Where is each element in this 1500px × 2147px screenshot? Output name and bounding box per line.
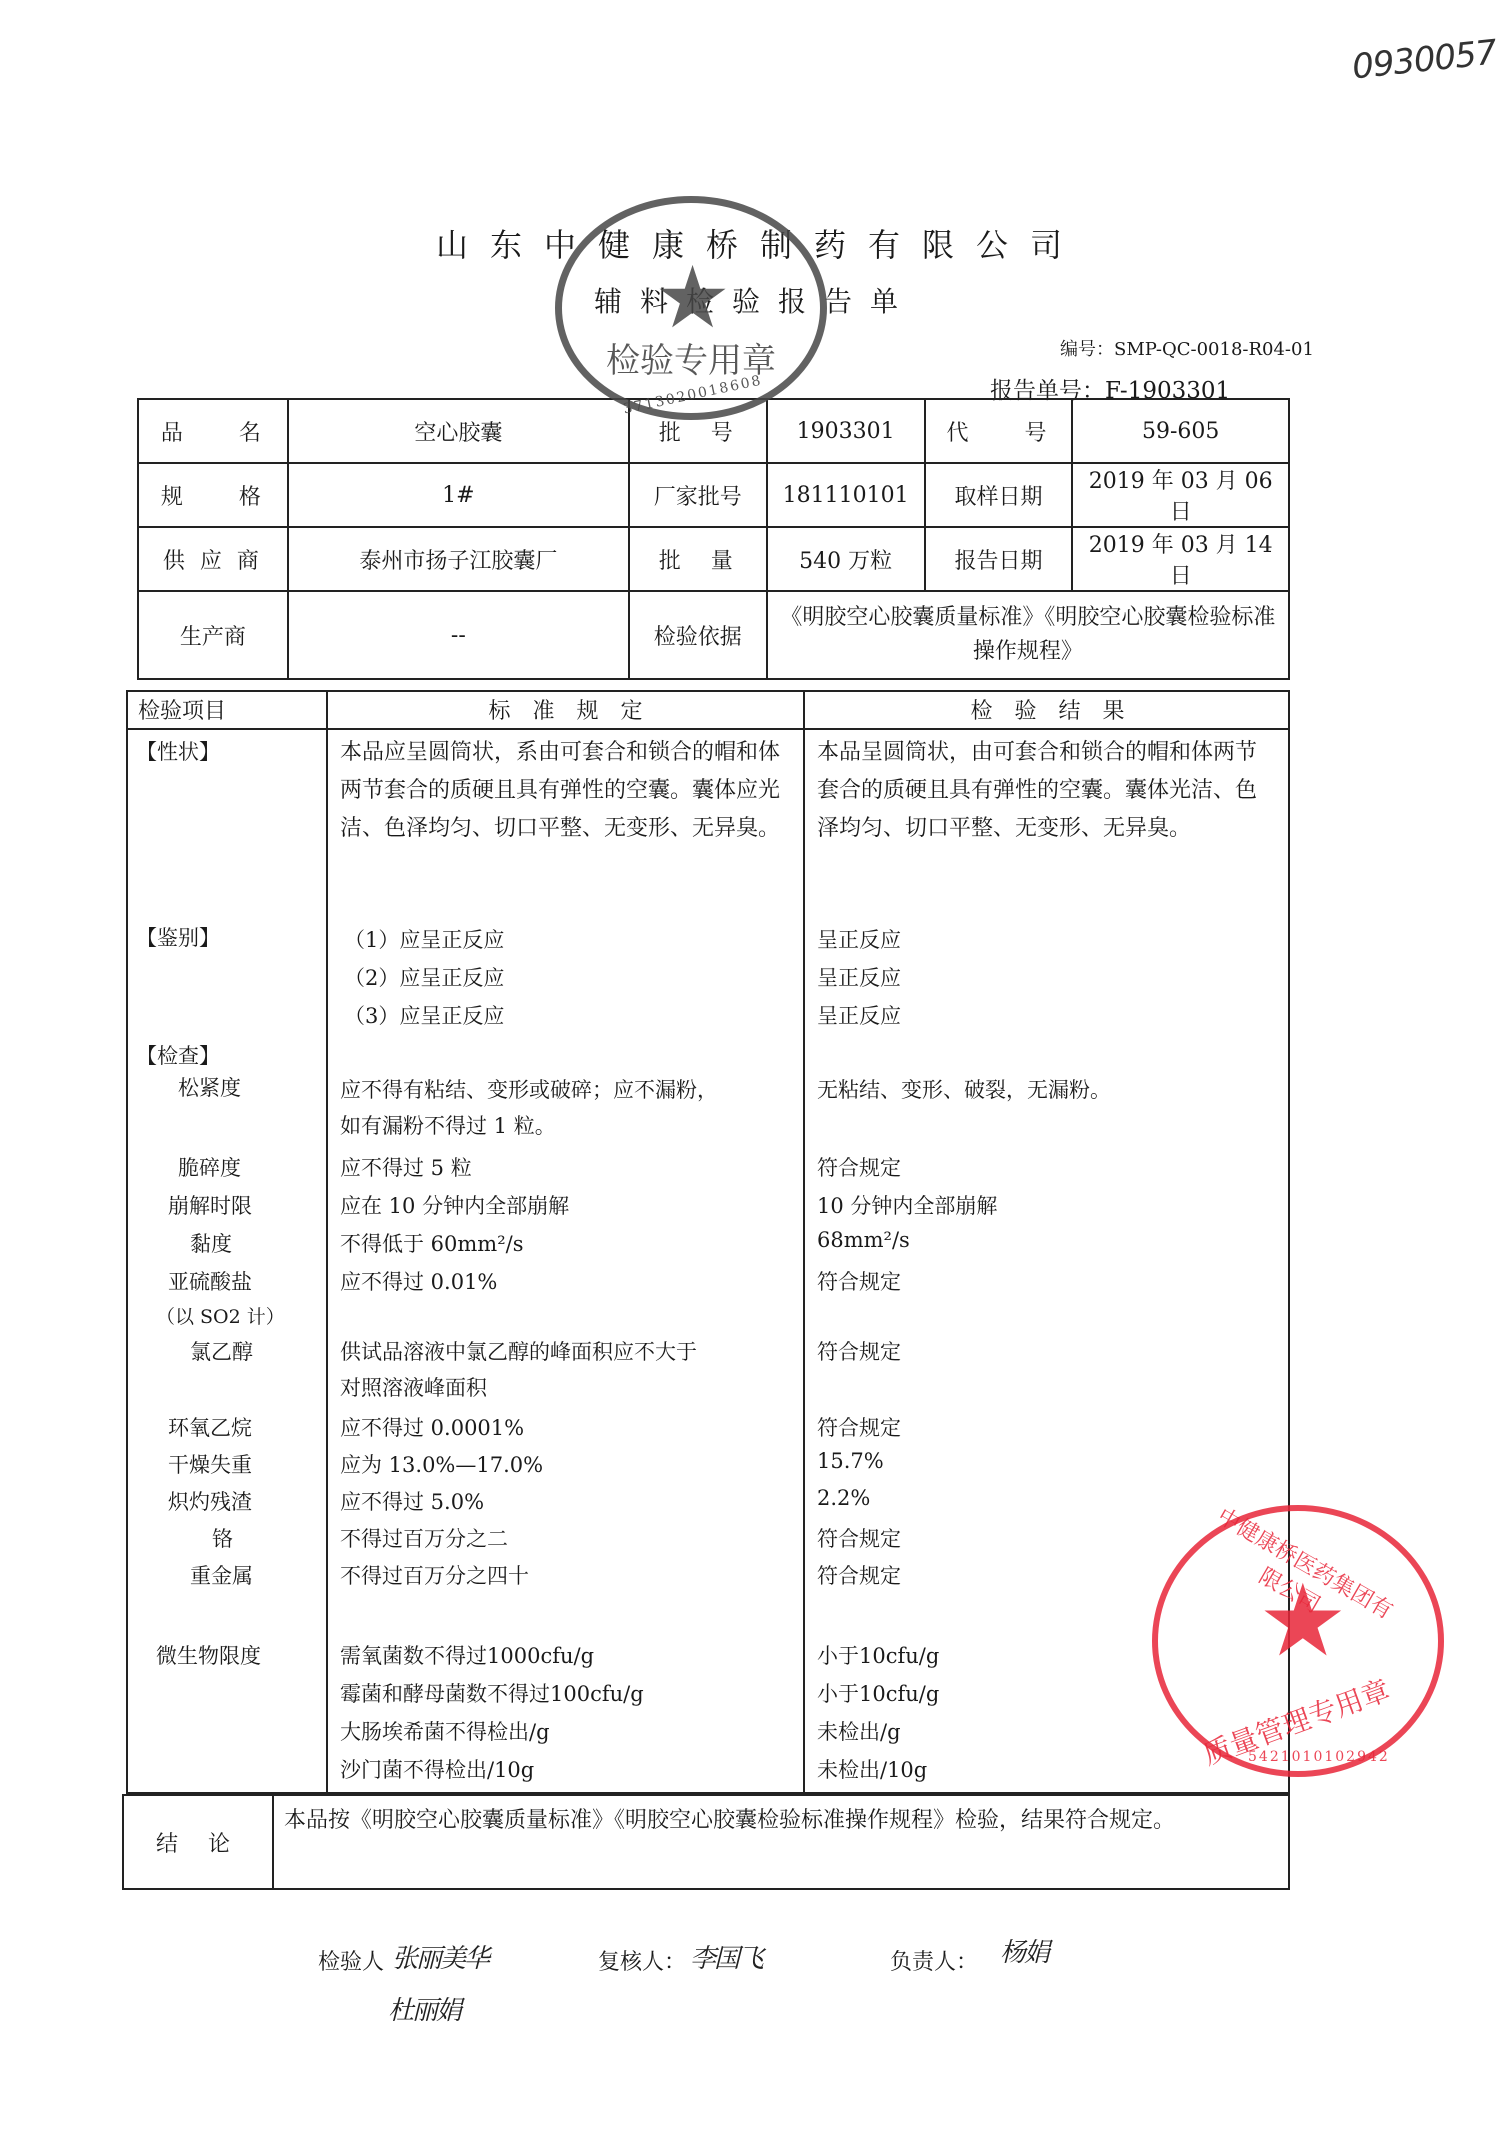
producer-name: -- bbox=[288, 591, 629, 679]
check-standard: 不得过百万分之四十 bbox=[340, 1560, 529, 1590]
conclusion-row: 结论 本品按《明胶空心胶囊质量标准》《明胶空心胶囊检验标准操作规程》检验，结果符… bbox=[122, 1794, 1290, 1890]
check-result: 符合规定 bbox=[817, 1152, 901, 1182]
check-item-label: 松紧度 bbox=[178, 1072, 241, 1102]
mfr-batch-number: 181110101 bbox=[767, 463, 925, 527]
check-standard: 应为 13.0%—17.0% bbox=[340, 1449, 543, 1479]
info-row-producer: 生产商 -- 检验依据 《明胶空心胶囊质量标准》《明胶空心胶囊检验标准操作规程》 bbox=[138, 591, 1289, 679]
conclusion-label: 结论 bbox=[124, 1796, 274, 1888]
check-standard: 如有漏粉不得过 1 粒。 bbox=[340, 1110, 556, 1140]
check-standard: 应不得有粘结、变形或破碎；应不漏粉， bbox=[340, 1074, 718, 1104]
info-row-spec: 规 格 1# 厂家批号 181110101 取样日期 2019 年 03 月 0… bbox=[138, 463, 1289, 527]
check-standard: 对照溶液峰面积 bbox=[340, 1372, 487, 1402]
report-date-label: 报告日期 bbox=[925, 527, 1073, 591]
inspection-seal-text: 检验专用章 bbox=[562, 333, 820, 382]
check-item-sublabel: （以 SO2 计） bbox=[156, 1302, 285, 1329]
company-name: 山东中健康桥制药有限公司 bbox=[0, 220, 1500, 266]
section-identification-label: 【鉴别】 bbox=[136, 922, 220, 952]
identification-standard: （3）应呈正反应 bbox=[344, 1000, 504, 1030]
manager-label: 负责人： bbox=[890, 1945, 978, 1976]
info-row-product: 品 名 空心胶囊 批 号 1903301 代 号 59-605 bbox=[138, 399, 1289, 463]
section-microbial-label: 微生物限度 bbox=[156, 1640, 261, 1670]
check-item-label: 干燥失重 bbox=[168, 1449, 252, 1479]
check-standard: 应不得过 0.01% bbox=[340, 1266, 497, 1296]
inspector-label: 检验人 bbox=[318, 1945, 384, 1976]
check-result: 符合规定 bbox=[817, 1523, 901, 1553]
check-result: 符合规定 bbox=[817, 1336, 901, 1366]
handwritten-reference-number: 0930057 bbox=[1350, 33, 1498, 88]
check-standard: 不得过百万分之二 bbox=[340, 1523, 508, 1553]
sample-date: 2019 年 03 月 06 日 bbox=[1072, 463, 1289, 527]
check-result: 符合规定 bbox=[817, 1266, 901, 1296]
standard-column-header: 标 准 规 定 bbox=[328, 694, 803, 725]
check-standard: 供试品溶液中氯乙醇的峰面积应不大于 bbox=[340, 1336, 697, 1366]
microbial-standard: 霉菌和酵母菌数不得过100cfu/g bbox=[340, 1678, 644, 1708]
check-result: 无粘结、变形、破裂，无漏粉。 bbox=[817, 1074, 1111, 1104]
check-result: 符合规定 bbox=[817, 1412, 901, 1442]
batch-quantity: 540 万粒 bbox=[767, 527, 925, 591]
item-code: 59-605 bbox=[1072, 399, 1289, 463]
check-item-label: 氯乙醇 bbox=[190, 1336, 253, 1366]
appearance-standard: 本品应呈圆筒状，系由可套合和锁合的帽和体两节套合的质硬且具有弹性的空囊。囊体应光… bbox=[340, 734, 796, 848]
check-item-label: 炽灼残渣 bbox=[168, 1486, 252, 1516]
check-item-label: 黏度 bbox=[190, 1228, 232, 1258]
batch-number: 1903301 bbox=[767, 399, 925, 463]
check-standard: 应不得过 5.0% bbox=[340, 1486, 484, 1516]
spec-label: 规 格 bbox=[138, 463, 288, 527]
report-date: 2019 年 03 月 14 日 bbox=[1072, 527, 1289, 591]
supplier-name: 泰州市扬子江胶囊厂 bbox=[288, 527, 629, 591]
manager-signature: 杨娟 bbox=[1000, 1932, 1048, 1969]
identification-result: 呈正反应 bbox=[817, 924, 901, 954]
producer-label: 生产商 bbox=[138, 591, 288, 679]
check-result: 68mm²/s bbox=[817, 1228, 910, 1252]
reviewer-signature: 李国飞 bbox=[690, 1938, 762, 1975]
check-item-label: 崩解时限 bbox=[168, 1190, 252, 1220]
check-item-label: 重金属 bbox=[190, 1560, 253, 1590]
mfr-batch-label: 厂家批号 bbox=[629, 463, 767, 527]
identification-standard: （2）应呈正反应 bbox=[344, 962, 504, 992]
standard-column: 标 准 规 定 本品应呈圆筒状，系由可套合和锁合的帽和体两节套合的质硬且具有弹性… bbox=[328, 692, 805, 1792]
identification-standard: （1）应呈正反应 bbox=[344, 924, 504, 954]
basis-label: 检验依据 bbox=[629, 591, 767, 679]
sample-date-label: 取样日期 bbox=[925, 463, 1073, 527]
microbial-result: 未检出/10g bbox=[817, 1754, 927, 1784]
inspector-signature-2: 杜丽娟 bbox=[388, 1990, 460, 2027]
document-title: 辅料检验报告单 bbox=[0, 280, 1500, 320]
appearance-result: 本品呈圆筒状，由可套合和锁合的帽和体两节套合的质硬且具有弹性的空囊。囊体光洁、色… bbox=[817, 734, 1277, 848]
identification-result: 呈正反应 bbox=[817, 962, 901, 992]
inspection-results-table: 检验项目 【性状】 【鉴别】 【检查】 松紧度 脆碎度 崩解时限 黏度 亚硫酸盐… bbox=[126, 690, 1290, 1794]
check-result: 10 分钟内全部崩解 bbox=[817, 1190, 997, 1220]
document-code-label: 编号： bbox=[1060, 339, 1114, 360]
document-code: 编号：SMP-QC-0018-R04-01 bbox=[1060, 335, 1314, 361]
microbial-result: 小于10cfu/g bbox=[817, 1640, 939, 1670]
reviewer-label: 复核人： bbox=[598, 1945, 686, 1976]
check-standard: 不得低于 60mm²/s bbox=[340, 1228, 524, 1258]
check-item-label: 亚硫酸盐 bbox=[168, 1266, 252, 1296]
result-column: 检 验 结 果 本品呈圆筒状，由可套合和锁合的帽和体两节套合的质硬且具有弹性的空… bbox=[805, 692, 1290, 1792]
check-item-label: 环氧乙烷 bbox=[168, 1412, 252, 1442]
spec-value: 1# bbox=[288, 463, 629, 527]
check-standard: 应在 10 分钟内全部崩解 bbox=[340, 1190, 569, 1220]
microbial-standard: 需氧菌数不得过1000cfu/g bbox=[340, 1640, 594, 1670]
quantity-label: 批 量 bbox=[629, 527, 767, 591]
product-info-table: 品 名 空心胶囊 批 号 1903301 代 号 59-605 规 格 1# 厂… bbox=[137, 398, 1290, 680]
microbial-standard: 沙门菌不得检出/10g bbox=[340, 1754, 534, 1784]
batch-label: 批 号 bbox=[629, 399, 767, 463]
identification-result: 呈正反应 bbox=[817, 1000, 901, 1030]
supplier-label: 供 应 商 bbox=[138, 527, 288, 591]
check-standard: 应不得过 5 粒 bbox=[340, 1152, 472, 1182]
result-column-header: 检 验 结 果 bbox=[805, 694, 1290, 725]
section-appearance-label: 【性状】 bbox=[136, 736, 220, 766]
product-name: 空心胶囊 bbox=[288, 399, 629, 463]
item-column: 检验项目 【性状】 【鉴别】 【检查】 松紧度 脆碎度 崩解时限 黏度 亚硫酸盐… bbox=[128, 692, 328, 1792]
check-result: 2.2% bbox=[817, 1486, 870, 1510]
check-item-label: 脆碎度 bbox=[178, 1152, 241, 1182]
product-name-label: 品 名 bbox=[138, 399, 288, 463]
inspection-basis: 《明胶空心胶囊质量标准》《明胶空心胶囊检验标准操作规程》 bbox=[767, 591, 1289, 679]
info-row-supplier: 供 应 商 泰州市扬子江胶囊厂 批 量 540 万粒 报告日期 2019 年 0… bbox=[138, 527, 1289, 591]
microbial-standard: 大肠埃希菌不得检出/g bbox=[340, 1716, 550, 1746]
header-divider bbox=[128, 728, 1288, 730]
check-standard: 应不得过 0.0001% bbox=[340, 1412, 524, 1442]
item-column-header: 检验项目 bbox=[138, 694, 226, 725]
conclusion-text: 本品按《明胶空心胶囊质量标准》《明胶空心胶囊检验标准操作规程》检验，结果符合规定… bbox=[284, 1802, 1274, 1840]
microbial-result: 小于10cfu/g bbox=[817, 1678, 939, 1708]
section-checks-label: 【检查】 bbox=[136, 1040, 220, 1070]
inspector-signature: 张丽美华 bbox=[392, 1938, 488, 1975]
document-code-value: SMP-QC-0018-R04-01 bbox=[1114, 339, 1314, 360]
check-result: 符合规定 bbox=[817, 1560, 901, 1590]
check-result: 15.7% bbox=[817, 1449, 884, 1473]
check-item-label: 铬 bbox=[212, 1523, 233, 1553]
item-code-label: 代 号 bbox=[925, 399, 1073, 463]
microbial-result: 未检出/g bbox=[817, 1716, 901, 1746]
